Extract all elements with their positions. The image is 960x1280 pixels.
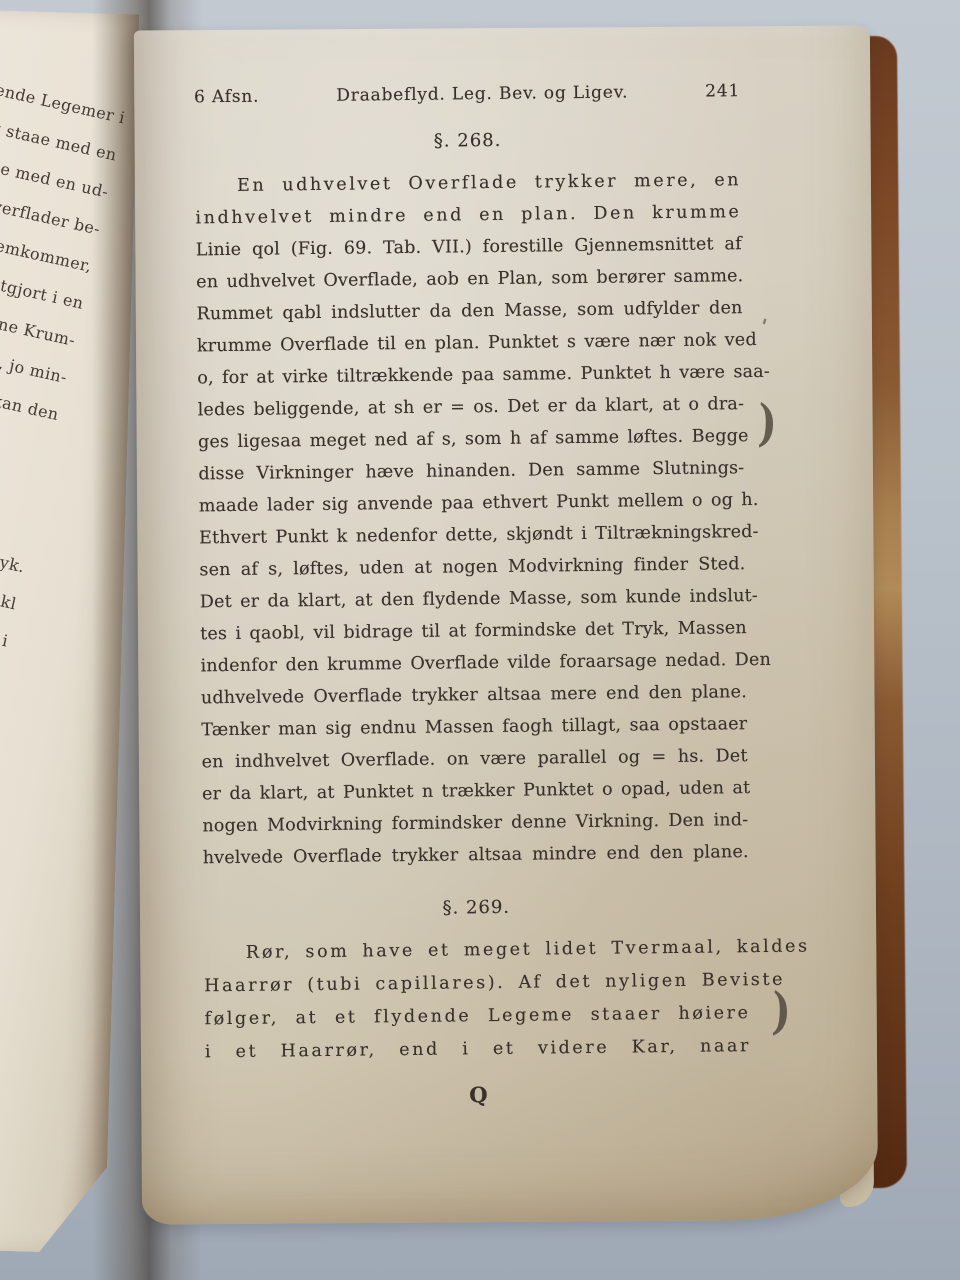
printed-text: 6 Afsn. Draabeflyd. Leg. Bev. og Ligev. … xyxy=(194,81,752,1110)
gathering-signature-mark: Q xyxy=(205,1079,751,1110)
text-line: hvelvede Overflade trykker altsaa mindre… xyxy=(203,836,749,874)
header-title: Draabeflyd. Leg. Bev. og Ligev. xyxy=(259,82,705,107)
left-page: ydende Legemer iog staae med enstaae med… xyxy=(0,10,139,1254)
section-269-heading: §. 269. xyxy=(203,894,749,921)
right-page: 6 Afsn. Draabeflyd. Leg. Bev. og Ligev. … xyxy=(134,25,878,1224)
section-268-heading: §. 268. xyxy=(195,127,741,154)
left-page-text: ydende Legemer iog staae med enstaae med… xyxy=(0,43,129,1105)
header-page-number: 241 xyxy=(705,81,740,101)
text-line: i et Haarrør, end i et videre Kar, naar xyxy=(205,1030,751,1069)
section-268-paragraph: En udhvelvet Overflade trykker mere, eni… xyxy=(195,164,749,874)
running-header: 6 Afsn. Draabeflyd. Leg. Bev. og Ligev. … xyxy=(194,81,740,107)
handwritten-margin-mark: ) xyxy=(771,982,792,1042)
handwritten-margin-mark: ) xyxy=(757,394,778,454)
photo-background: ydende Legemer iog staae med enstaae med… xyxy=(0,0,960,1280)
header-section-label: 6 Afsn. xyxy=(194,87,259,108)
section-269-paragraph: Rør, som have et meget lidet Tvermaal, k… xyxy=(204,931,751,1069)
